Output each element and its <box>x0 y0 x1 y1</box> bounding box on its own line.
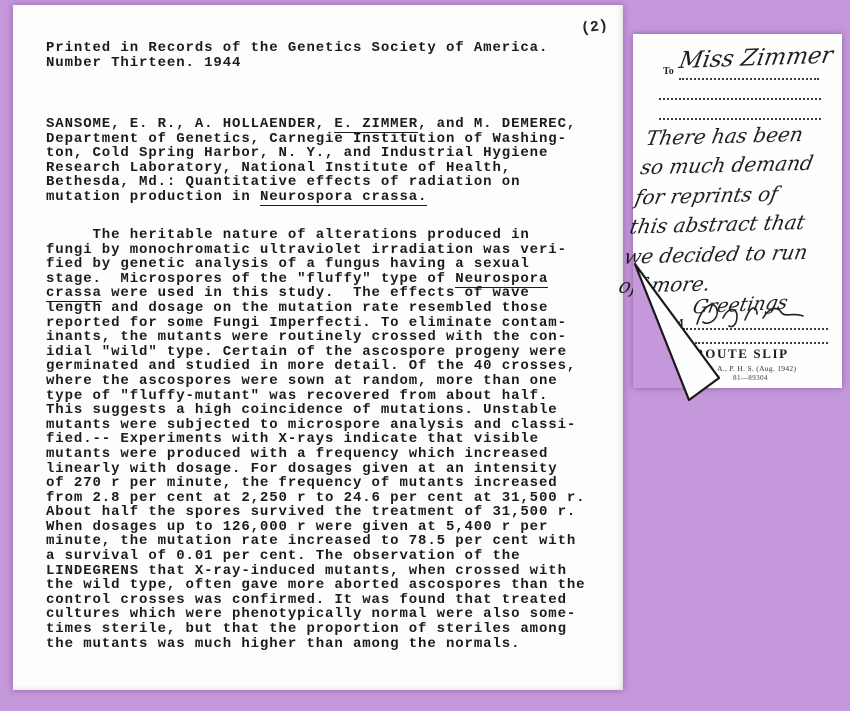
text-line: ton, Cold Spring Harbor, N. Y., and Indu… <box>46 146 576 161</box>
text-line: Research Laboratory, National Institute … <box>46 161 576 176</box>
text-line: control crosses was confirmed. It was fo… <box>46 593 585 608</box>
handwritten-line: so much demand <box>638 149 833 184</box>
text-line: type of "fluffy-mutant" was recovered fr… <box>46 389 585 404</box>
text-line: Bethesda, Md.: Quantitative effects of r… <box>46 175 576 190</box>
text-line: fungi by monochromatic ultraviolet irrad… <box>46 243 585 258</box>
text-line: mutants were subjected to microspore ana… <box>46 418 585 433</box>
scanned-document-page: { "colors": { "background": "#c597db", "… <box>0 0 850 711</box>
author-block: SANSOME, E. R., A. HOLLAENDER, E. ZIMMER… <box>46 117 576 205</box>
page-number: (2) <box>580 17 609 37</box>
dotted-line <box>659 98 821 100</box>
dotted-line <box>679 78 819 80</box>
text-line: idial "wild" type. Certain of the ascosp… <box>46 345 585 360</box>
text-line: germinated and studied in more detail. O… <box>46 359 585 374</box>
header-block: Printed in Records of the Genetics Socie… <box>46 41 548 70</box>
text-line: reported for some Fungi Imperfecti. To e… <box>46 316 585 331</box>
text-line: times sterile, but that the proportion o… <box>46 622 585 637</box>
text-line: When dosages up to 126,000 r were given … <box>46 520 585 535</box>
text-line: Department of Genetics, Carnegie Institu… <box>46 132 576 147</box>
text-line: of 270 r per minute, the frequency of mu… <box>46 476 585 491</box>
text-line: fied by genetic analysis of a fungus hav… <box>46 257 585 272</box>
text-line: inants, the mutants were routinely cross… <box>46 330 585 345</box>
text-line: the mutants was much higher than among t… <box>46 637 585 652</box>
text-line: Printed in Records of the Genetics Socie… <box>46 41 548 56</box>
text-line: a survival of 0.01 per cent. The observa… <box>46 549 585 564</box>
text-line: mutants were produced with a frequency w… <box>46 447 585 462</box>
text-line: length and dosage on the mutation rate r… <box>46 301 585 316</box>
text-line: cultures which were phenotypically norma… <box>46 607 585 622</box>
abstract-block: The heritable nature of alterations prod… <box>46 228 585 651</box>
text-line: linearly with dosage. For dosages given … <box>46 462 585 477</box>
text-line: Number Thirteen. 1944 <box>46 56 548 71</box>
text-line: where the ascospores were sown at random… <box>46 374 585 389</box>
abstract-page: (2) Printed in Records of the Genetics S… <box>13 5 623 690</box>
text-line: fied.-- Experiments with X-rays indicate… <box>46 432 585 447</box>
text-line: About half the spores survived the treat… <box>46 505 585 520</box>
handwritten-line: this abstract that <box>627 208 822 243</box>
text-line: the wild type, often gave more aborted a… <box>46 578 585 593</box>
text-line: crassa were used in this study. The effe… <box>46 286 585 301</box>
text-line: This suggests a high coincidence of muta… <box>46 403 585 418</box>
route-slip: To Miss Zimmer There has beenso much dem… <box>633 34 842 388</box>
text-line: LINDEGRENS that X-ray-induced mutants, w… <box>46 564 585 579</box>
text-line: stage. Microspores of the "fluffy" type … <box>46 272 585 287</box>
text-line: from 2.8 per cent at 2,250 r to 24.6 per… <box>46 491 585 506</box>
text-line: The heritable nature of alterations prod… <box>46 228 585 243</box>
text-line: minute, the mutation rate increased to 7… <box>46 534 585 549</box>
folded-corner <box>630 252 730 412</box>
to-label: To <box>663 66 674 77</box>
to-handwritten-name: Miss Zimmer <box>677 42 835 74</box>
text-line: mutation production in Neurospora crassa… <box>46 190 576 205</box>
text-line: SANSOME, E. R., A. HOLLAENDER, E. ZIMMER… <box>46 117 576 132</box>
